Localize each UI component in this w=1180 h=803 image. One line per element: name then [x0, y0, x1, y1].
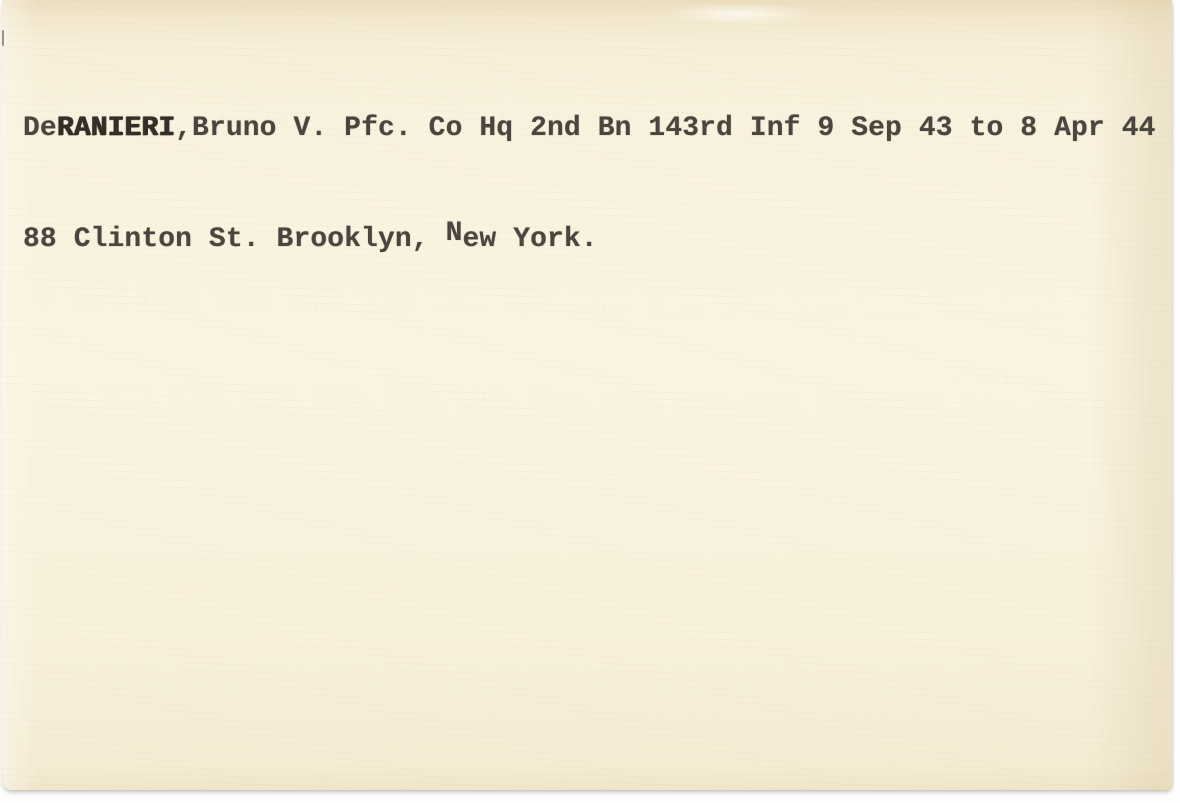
scan-background: DeRANIERI,Bruno V. Pfc. Co Hq 2nd Bn 143… — [0, 0, 1180, 803]
typed-segment: RANIERI — [57, 113, 175, 144]
typed-text-block: DeRANIERI,Bruno V. Pfc. Co Hq 2nd Bn 143… — [23, 36, 1156, 332]
typed-segment: ,Bruno V. Pfc. Co Hq 2nd Bn 143rd Inf 9 … — [175, 113, 1155, 144]
typed-line-address: 88 Clinton St. Brooklyn, New York. — [23, 221, 1156, 258]
typed-line-service-record: DeRANIERI,Bruno V. Pfc. Co Hq 2nd Bn 143… — [23, 110, 1156, 147]
typed-segment: N — [446, 215, 463, 252]
typed-segment: ew York. — [462, 224, 597, 255]
typed-segment: 88 Clinton St. Brooklyn, — [23, 224, 446, 255]
typed-segment: De — [23, 113, 57, 144]
left-edge-mark — [2, 30, 4, 46]
index-card: DeRANIERI,Bruno V. Pfc. Co Hq 2nd Bn 143… — [2, 0, 1172, 790]
